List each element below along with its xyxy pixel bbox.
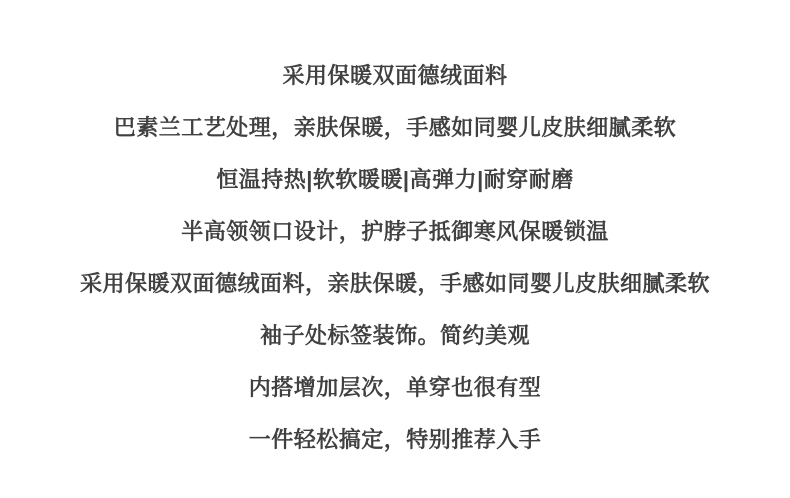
description-line-fabric-detail: 采用保暖双面德绒面料，亲肤保暖，手感如同婴儿皮肤细腻柔软 (0, 271, 790, 297)
description-line-process: 巴素兰工艺处理，亲肤保暖，手感如同婴儿皮肤细腻柔软 (0, 115, 790, 141)
description-line-recommendation: 一件轻松搞定，特别推荐入手 (0, 427, 790, 453)
description-line-collar: 半高领领口设计，护脖子抵御寒风保暖锁温 (0, 219, 790, 245)
description-line-fabric: 采用保暖双面德绒面料 (0, 63, 790, 89)
description-line-sleeve: 袖子处标签装饰。简约美观 (0, 323, 790, 349)
product-description: 采用保暖双面德绒面料 巴素兰工艺处理，亲肤保暖，手感如同婴儿皮肤细腻柔软 恒温持… (0, 0, 790, 453)
description-line-features: 恒温持热|软软暖暖|高弹力|耐穿耐磨 (0, 167, 790, 193)
description-line-layering: 内搭增加层次，单穿也很有型 (0, 375, 790, 401)
